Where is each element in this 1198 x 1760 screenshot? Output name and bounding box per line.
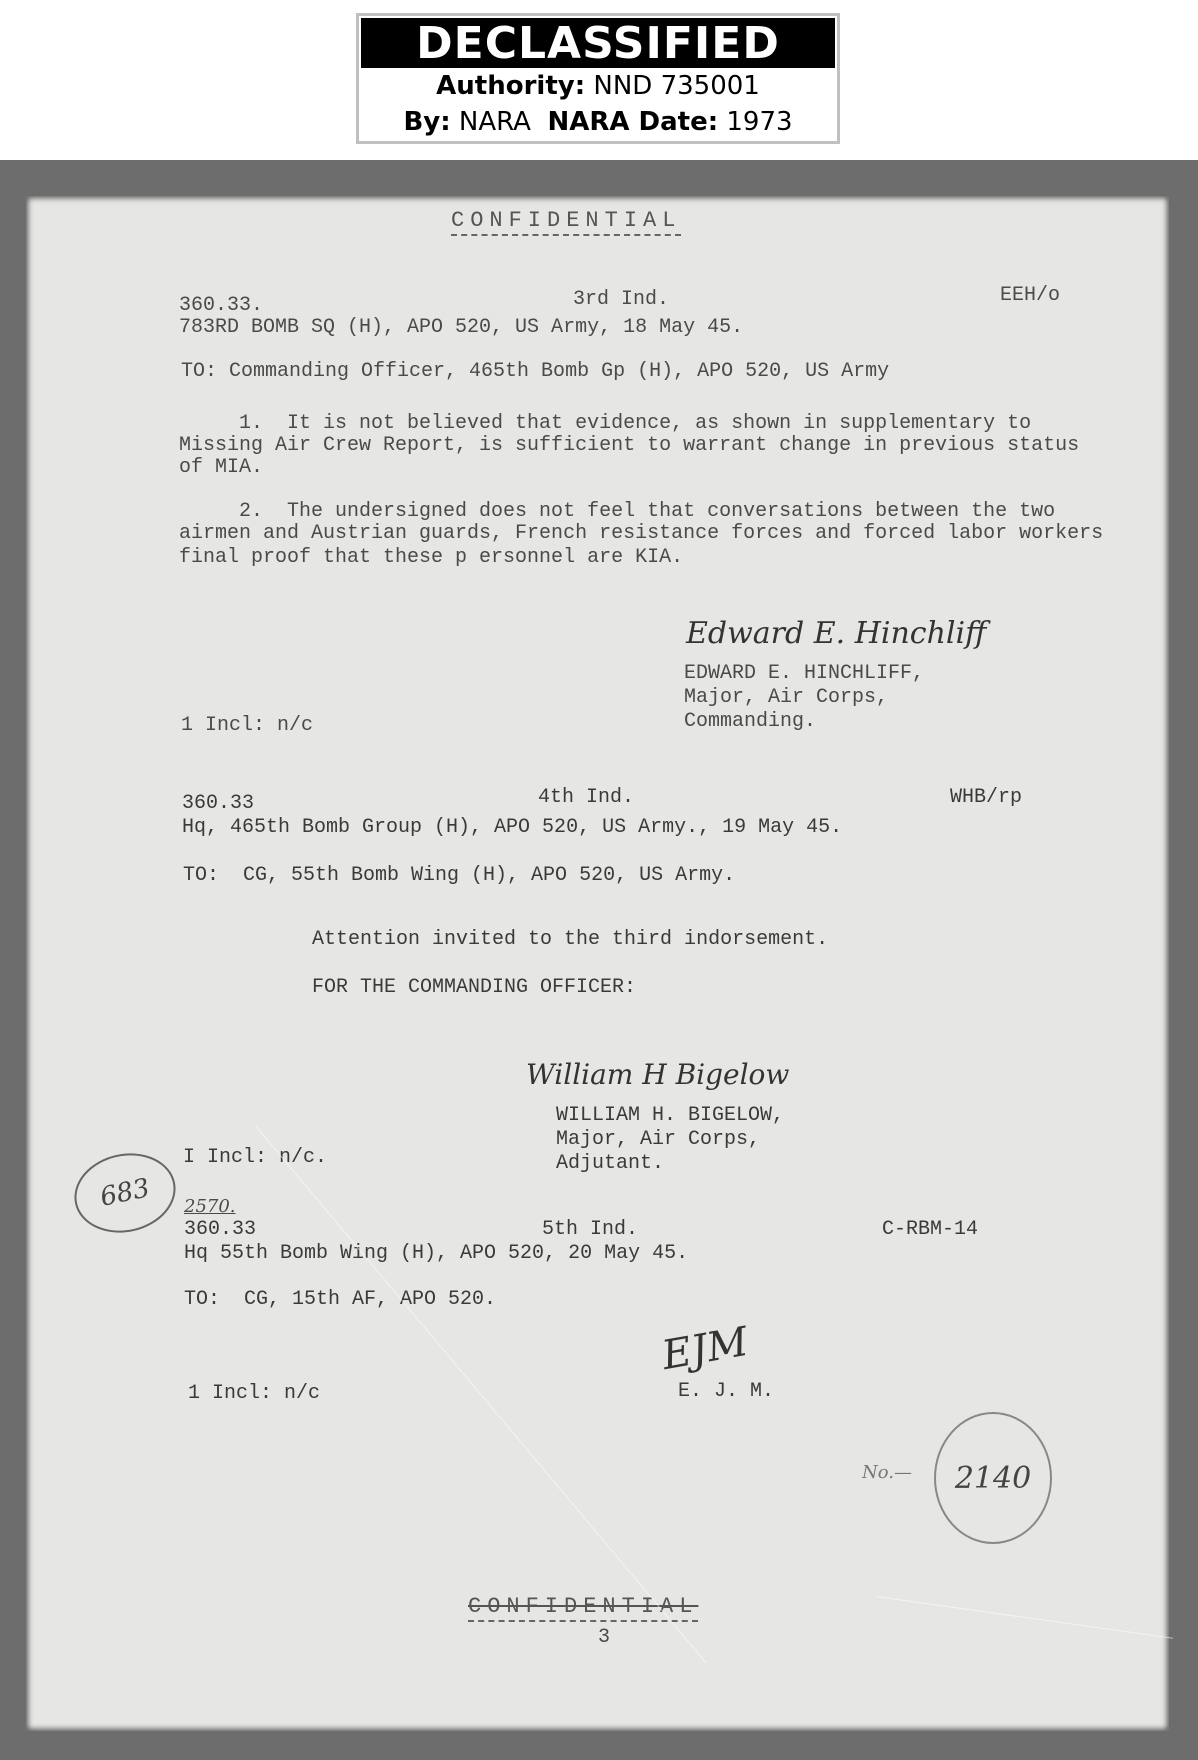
third-ind-inclosure: 1 Incl: n/c xyxy=(181,714,313,737)
document-paper: CONFIDENTIAL 360.33. 3rd Ind. EEH/o 783R… xyxy=(26,196,1169,1731)
bigelow-signature: William H Bigelow xyxy=(526,1058,789,1091)
circled-number-2140: 2140 xyxy=(934,1412,1052,1544)
third-ind-para1-line3: of MIA. xyxy=(179,456,263,479)
third-ind-initials: EEH/o xyxy=(1000,284,1060,307)
third-ind-para2-line3: final proof that these p ersonnel are KI… xyxy=(179,546,683,569)
fifth-ind-handwritten-file: 2570. xyxy=(184,1196,236,1217)
third-ind-to: TO: Commanding Officer, 465th Bomb Gp (H… xyxy=(181,360,889,383)
fourth-ind-file-no: 360.33 xyxy=(182,792,254,815)
third-ind-para1-line1: 1. It is not believed that evidence, as … xyxy=(179,412,1031,435)
scan-scratch xyxy=(256,1126,707,1663)
stamp-authority: Authority: NND 735001 xyxy=(359,68,837,104)
fourth-ind-signer-name: WILLIAM H. BIGELOW, xyxy=(556,1104,784,1127)
third-ind-label: 3rd Ind. xyxy=(573,288,669,311)
fifth-ind-signer-initials: E. J. M. xyxy=(678,1380,774,1403)
declassified-stamp: DECLASSIFIED Authority: NND 735001 By: N… xyxy=(356,13,840,144)
third-ind-signer-rank: Major, Air Corps, xyxy=(684,686,888,709)
fifth-ind-from: Hq 55th Bomb Wing (H), APO 520, 20 May 4… xyxy=(184,1242,688,1265)
third-ind-file-no: 360.33. xyxy=(179,294,263,317)
fourth-ind-from: Hq, 465th Bomb Group (H), APO 520, US Ar… xyxy=(182,816,842,839)
page-number: 3 xyxy=(598,1626,610,1649)
fifth-ind-file-no: 360.33 xyxy=(184,1218,256,1241)
fifth-ind-to: TO: CG, 15th AF, APO 520. xyxy=(184,1288,496,1311)
fourth-ind-initials: WHB/rp xyxy=(950,786,1022,809)
third-ind-from: 783RD BOMB SQ (H), APO 520, US Army, 18 … xyxy=(179,316,743,339)
hinchliff-signature: Edward E. Hinchliff xyxy=(686,616,986,651)
fourth-ind-body: Attention invited to the third indorseme… xyxy=(312,928,828,951)
fourth-ind-signer-title: Adjutant. xyxy=(556,1152,664,1175)
fifth-ind-initials: C-RBM-14 xyxy=(882,1218,978,1241)
scan-scratch xyxy=(876,1596,1173,1639)
fourth-ind-inclosure: I Incl: n/c. xyxy=(183,1146,327,1169)
ejm-signature: EJM xyxy=(659,1319,752,1379)
third-ind-signer-title: Commanding. xyxy=(684,710,816,733)
third-ind-para2-line2: airmen and Austrian guards, French resis… xyxy=(179,522,1103,545)
fifth-ind-label: 5th Ind. xyxy=(542,1218,638,1241)
header-classification: CONFIDENTIAL xyxy=(451,208,681,236)
circled-number-683: 683 xyxy=(67,1144,183,1242)
third-ind-para2-line1: 2. The undersigned does not feel that co… xyxy=(179,500,1055,523)
fifth-ind-inclosure: 1 Incl: n/c xyxy=(188,1382,320,1405)
fourth-ind-label: 4th Ind. xyxy=(538,786,634,809)
footer-classification: CONFIDENTIAL xyxy=(468,1594,698,1622)
fourth-ind-signer-rank: Major, Air Corps, xyxy=(556,1128,760,1151)
stamp-by-date: By: NARA NARA Date: 1973 xyxy=(359,104,837,140)
number-mark: No.— xyxy=(862,1462,912,1483)
scanned-page: CONFIDENTIAL 360.33. 3rd Ind. EEH/o 783R… xyxy=(0,160,1198,1760)
third-ind-para1-line2: Missing Air Crew Report, is sufficient t… xyxy=(179,434,1079,457)
fourth-ind-to: TO: CG, 55th Bomb Wing (H), APO 520, US … xyxy=(183,864,735,887)
stamp-title: DECLASSIFIED xyxy=(361,18,835,68)
third-ind-signer-name: EDWARD E. HINCHLIFF, xyxy=(684,662,924,685)
fourth-ind-for-line: FOR THE COMMANDING OFFICER: xyxy=(312,976,636,999)
